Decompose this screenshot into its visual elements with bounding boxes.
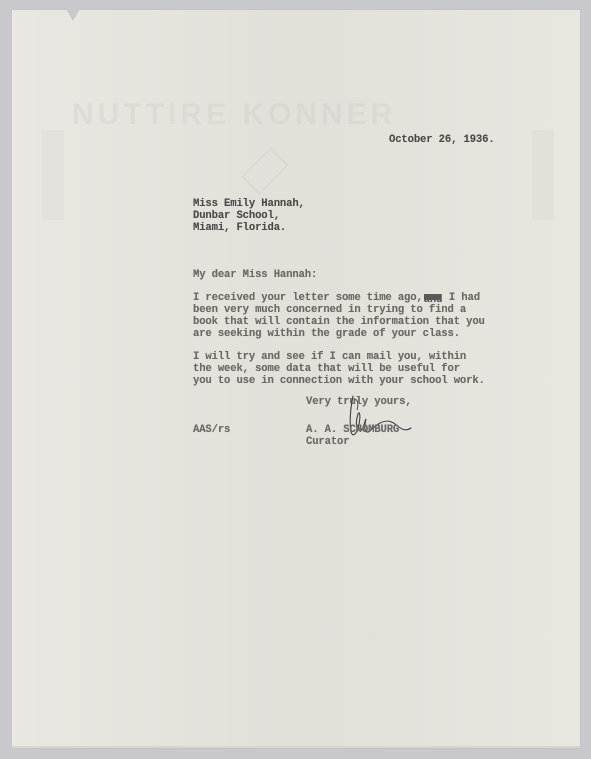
paper-edge-bottom bbox=[12, 746, 580, 748]
paragraph-1-line-1: I received your letter some time ago,and… bbox=[193, 292, 480, 304]
paragraph-2-line-3: you to use in connection with your schoo… bbox=[193, 375, 485, 387]
paragraph-1-line-2: been very much concerned in trying to fi… bbox=[193, 304, 466, 316]
paragraph-1-line-3: book that will contain the information t… bbox=[193, 316, 485, 328]
recipient-location: Miami, Florida. bbox=[193, 222, 286, 234]
paper-tear-notch bbox=[66, 9, 80, 21]
struck-out-word: and bbox=[424, 294, 441, 300]
letterhead-emblem bbox=[241, 147, 289, 195]
paragraph-1-line-4: are seeking within the grade of your cla… bbox=[193, 328, 460, 340]
handwritten-signature bbox=[345, 394, 475, 444]
recipient-organization: Dunbar School, bbox=[193, 210, 280, 222]
paragraph-2-line-1: I will try and see if I can mail you, wi… bbox=[193, 351, 466, 363]
paragraph-2-line-2: the week, some data that will be useful … bbox=[193, 363, 460, 375]
recipient-name: Miss Emily Hannah, bbox=[193, 198, 305, 210]
typist-initials: AAS/rs bbox=[193, 424, 230, 436]
signer-name: A. A. SCHOMBURG bbox=[306, 424, 399, 436]
letterhead-show-through: NUTTIRE KONNER bbox=[72, 98, 542, 124]
paper-edge bbox=[12, 10, 15, 748]
paragraph-1-line-1-after: I had bbox=[443, 292, 480, 304]
letterhead-shadow-right bbox=[532, 130, 554, 220]
salutation: My dear Miss Hannah: bbox=[193, 269, 317, 281]
letterhead-shadow-left bbox=[42, 130, 64, 220]
letter-date: October 26, 1936. bbox=[389, 134, 495, 146]
signer-title: Curator bbox=[306, 436, 349, 448]
paragraph-1-line-1-before: I received your letter some time ago, bbox=[193, 292, 423, 304]
